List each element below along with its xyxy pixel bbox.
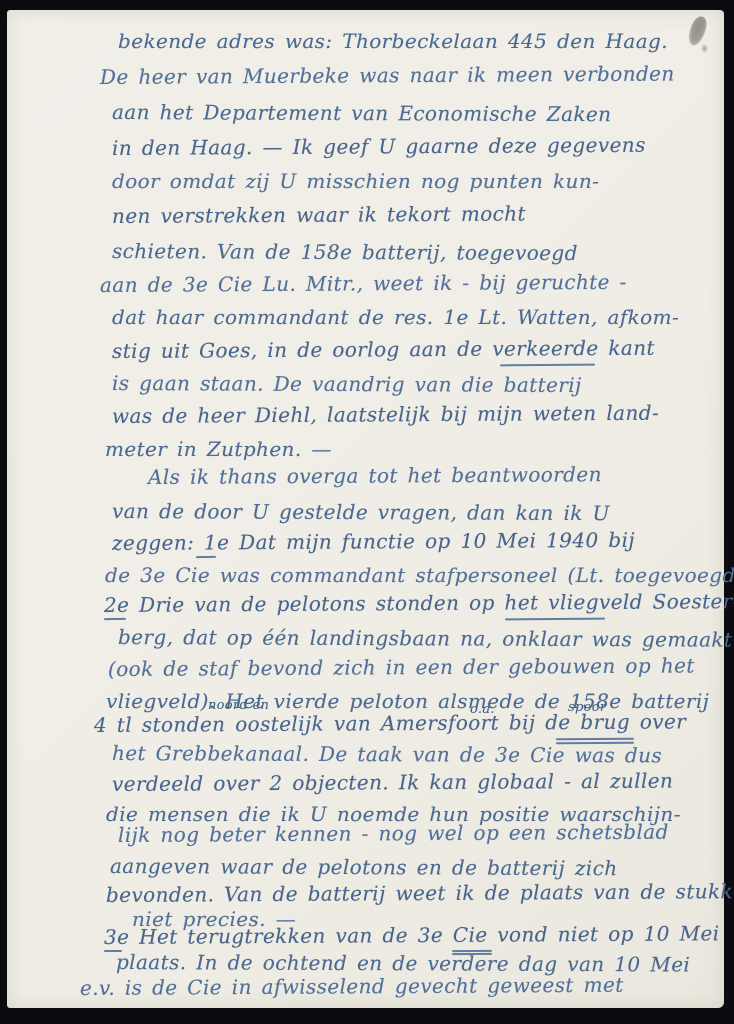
handwritten-line: 2e Drie van de pelotons stonden op het v…: [104, 590, 734, 616]
smudge-mark: [701, 44, 708, 53]
handwritten-line: door omdat zij U misschien nog punten ku…: [112, 170, 599, 192]
handwritten-line: bekende adres was: Thorbeckelaan 445 den…: [118, 30, 668, 52]
handwritten-line: de 3e Cie was commandant stafpersoneel (…: [105, 564, 734, 586]
underline-stroke: [104, 950, 122, 952]
underline-stroke: [452, 953, 492, 955]
handwritten-line: bevonden. Van de batterij weet ik de pla…: [106, 880, 734, 906]
handwritten-line: De heer van Muerbeke was naar ik meen ve…: [100, 62, 675, 88]
underline-stroke: [104, 618, 126, 620]
handwritten-line: meter in Zutphen. —: [105, 438, 332, 460]
handwritten-line: Als ik thans overga tot het beantwoorden: [148, 463, 602, 488]
handwritten-line: dat haar commandant de res. 1e Lt. Watte…: [112, 306, 679, 328]
handwritten-line: is gaan staan. De vaandrig van die batte…: [112, 372, 582, 396]
smudge-mark: [686, 14, 710, 47]
handwritten-line: schieten. Van de 158e batterij, toegevoe…: [112, 240, 578, 264]
handwritten-line: was de heer Diehl, laatstelijk bij mijn …: [112, 402, 659, 427]
handwritten-line: lijk nog beter kennen - nog wel op een s…: [118, 821, 669, 846]
inserted-word: noord en: [208, 698, 269, 713]
handwritten-line: van de door U gestelde vragen, dan kan i…: [112, 500, 610, 524]
handwritten-line: aangeven waar de pelotons en de batterij…: [110, 855, 618, 879]
underline-stroke: [196, 556, 216, 558]
handwritten-line: aan het Departement van Economische Zake…: [112, 101, 612, 125]
handwritten-line: (ook de staf bevond zich in een der gebo…: [108, 654, 695, 680]
handwritten-line: e.v. is de Cie in afwisselend gevecht ge…: [80, 974, 624, 999]
inserted-word: o.a.: [470, 702, 495, 717]
handwritten-line: zeggen: 1e Dat mijn functie op 10 Mei 19…: [112, 529, 635, 554]
handwritten-line: verdeeld over 2 objecten. Ik kan globaal…: [112, 770, 673, 795]
handwritten-line: het Grebbekanaal. De taak van de 3e Cie …: [112, 742, 662, 766]
handwritten-line: 3e Het terugtrekken van de 3e Cie vond n…: [104, 922, 720, 948]
inserted-word: spoor: [568, 700, 606, 715]
handwritten-line: berg, dat op één landingsbaan na, onklaa…: [118, 626, 734, 651]
scan-background: bekende adres was: Thorbeckelaan 445 den…: [0, 0, 734, 1024]
underline-stroke: [452, 950, 492, 952]
handwritten-line: stig uit Goes, in de oorlog aan de verke…: [112, 337, 655, 362]
handwritten-line: in den Haag. — Ik geef U gaarne deze geg…: [112, 134, 646, 159]
handwritten-line: vliegveld). Het vierde peloton alsmede d…: [106, 690, 709, 712]
handwritten-line: aan de 3e Cie Lu. Mitr., weet ik - bij g…: [100, 271, 627, 296]
handwritten-line: nen verstrekken waar ik tekort mocht: [112, 202, 526, 227]
